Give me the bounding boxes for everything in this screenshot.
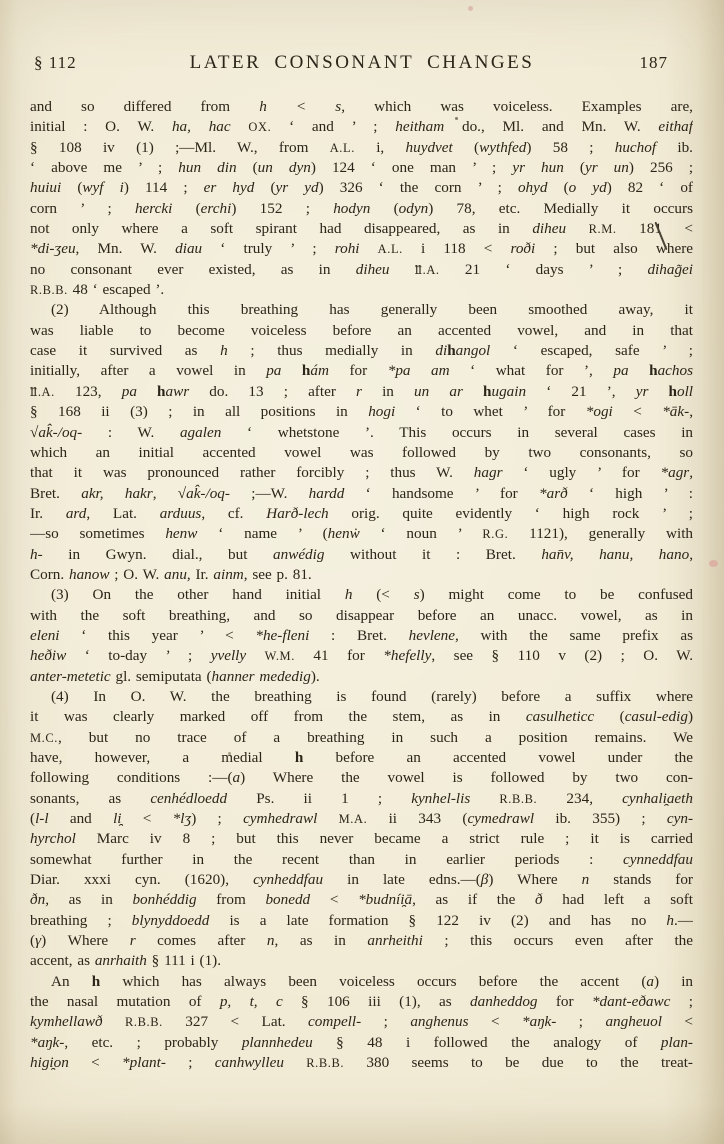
text-run: a xyxy=(233,769,241,786)
text-run xyxy=(566,220,589,237)
text-run: ) 58 ; xyxy=(526,139,614,156)
text-run: ) 114 ; xyxy=(124,179,204,196)
text-line: Ir. ard, Lat. arduus, cf. Harð-lech orig… xyxy=(30,504,693,524)
page-body: and so differed from h < s, which was vo… xyxy=(30,97,693,1074)
text-run: ) ; xyxy=(191,810,243,827)
text-run: in late edns.—( xyxy=(323,871,481,888)
text-run: ha, hac xyxy=(172,118,231,135)
text-run: dihag̃ei xyxy=(647,261,693,278)
text-run: : Bret. xyxy=(309,627,408,644)
text-run: ) 82 ‘ of xyxy=(607,179,693,196)
text-run: rohi xyxy=(335,240,360,257)
text-line: R.B.B. 48 ‘ escaped ’. xyxy=(30,280,693,300)
text-run: ( xyxy=(61,179,82,196)
text-run: ( xyxy=(453,139,479,156)
text-run: agalen xyxy=(180,424,221,441)
text-line: it was clearly marked off from the stem,… xyxy=(30,707,693,727)
text-run: compell- xyxy=(308,1013,361,1030)
text-line: § 108 iv (1) ;—Ml. W., from A.L. i, huyd… xyxy=(30,138,693,158)
text-run: § 106 iii (1), as xyxy=(283,993,470,1010)
text-run: , see p. 81. xyxy=(244,566,312,583)
text-run: pa xyxy=(266,362,281,379)
paragraph: (2) Although this breathing has generall… xyxy=(30,300,693,585)
text-run: wyf i xyxy=(82,179,123,196)
text-run: ( xyxy=(594,708,625,725)
text-run: plan- xyxy=(661,1034,693,1051)
text-line: accent, as anrhaith § 111 i (1). xyxy=(30,951,693,971)
text-run: , √ xyxy=(153,485,186,502)
text-run: , as in xyxy=(45,891,132,908)
text-run: do. 13 ; after xyxy=(189,383,356,400)
text-run: ( xyxy=(172,200,200,217)
text-run: A.L. xyxy=(378,242,403,256)
text-run: < xyxy=(469,1013,522,1030)
text-run: in Gwyn. dial., but xyxy=(43,546,273,563)
text-run: hardd xyxy=(309,485,345,502)
text-run: cynhali̯aeth xyxy=(622,790,693,807)
text-run: for xyxy=(538,993,592,1010)
text-run: ; xyxy=(166,1054,215,1071)
text-run: ; but also where xyxy=(535,240,693,257)
text-run: blynyddoedd xyxy=(132,912,210,929)
text-run: and xyxy=(49,810,114,827)
text-line: corn ’ ; hercki (erchi) 152 ; hodyn (ody… xyxy=(30,199,693,219)
text-run: h xyxy=(669,383,677,400)
text-line: breathing ; blynyddoedd is a late format… xyxy=(30,911,693,931)
text-run: ) 326 ‘ the corn ’ ; xyxy=(319,179,518,196)
text-line: Bret. akr, hakr, √ak̂-/oq- ;—W. hardd ‘ … xyxy=(30,484,693,504)
text-line: with the soft breathing, and so disappea… xyxy=(30,606,693,626)
text-run: akr, hakr xyxy=(81,485,152,502)
text-run: ard xyxy=(66,505,87,522)
text-run: casulheticc xyxy=(526,708,594,725)
text-line: ỻ.A. 123, pa hawr do. 13 ; after r in un… xyxy=(30,382,693,402)
text-run: *dant-eðawc xyxy=(592,993,670,1010)
text-run: ( xyxy=(254,179,275,196)
text-run: henw xyxy=(165,525,197,542)
text-run: had left a soft xyxy=(543,891,693,908)
text-line: following conditions :—(a) Where the vow… xyxy=(30,768,693,788)
text-run: no consonant ever existed, as in xyxy=(30,261,356,278)
text-run: *he-fleni xyxy=(255,627,309,644)
text-run: , xyxy=(689,546,693,563)
text-run: 123, xyxy=(55,383,122,400)
text-run: accent, as xyxy=(30,952,95,969)
text-run xyxy=(246,647,265,664)
text-run: it was clearly marked off from the stem,… xyxy=(30,708,526,725)
text-run: , etc. ; probably xyxy=(64,1034,242,1051)
text-run: *pa am xyxy=(388,362,450,379)
text-run: < xyxy=(613,403,662,420)
text-line: no consonant ever existed, as in diheu ỻ… xyxy=(30,260,693,280)
text-line: (3) On the other hand initial h (< s) mi… xyxy=(30,585,693,605)
text-run: yr xyxy=(636,383,649,400)
text-run: before an accented vowel under the xyxy=(303,749,693,766)
text-run: ‘ to-day ’ ; xyxy=(66,647,210,664)
text-run: ðn xyxy=(30,891,45,908)
text-run: which an initial accented vowel was foll… xyxy=(30,444,693,461)
text-run: < xyxy=(662,1013,693,1030)
text-run: ) 124 ‘ one man ’ ; xyxy=(311,159,513,176)
text-run: in xyxy=(362,383,414,400)
text-run: hun din xyxy=(178,159,236,176)
text-run: huchof xyxy=(615,139,656,156)
text-run: *budníi̯ā xyxy=(358,891,412,908)
text-run: Ir. xyxy=(30,505,66,522)
text-run: h- xyxy=(30,546,43,563)
text-run: not only where a soft spirant had disapp… xyxy=(30,220,532,237)
text-run: bonhéddig xyxy=(132,891,196,908)
text-run: have, however, a medial xyxy=(30,749,295,766)
text-run: ; xyxy=(361,1013,410,1030)
text-run: *hefelly xyxy=(383,647,431,664)
text-run: hercki xyxy=(135,200,172,217)
text-run: odyn xyxy=(399,200,429,217)
text-run xyxy=(629,362,650,379)
text-run: ak̂-/oq- xyxy=(38,424,82,441)
text-run: Diar. xxxi cyn. (1620), xyxy=(30,871,253,888)
text-run: hyrchol xyxy=(30,830,76,847)
text-run: *āk- xyxy=(662,403,689,420)
text-run: higi̯on xyxy=(30,1054,69,1071)
text-run: sonants, as xyxy=(30,790,150,807)
text-run: pa xyxy=(122,383,137,400)
text-run: han̄v, hanu, hano xyxy=(541,546,689,563)
text-run: 181 < xyxy=(617,220,693,237)
text-run: : W. xyxy=(82,424,180,441)
text-run: ‘ whetstone ’. This occurs in several ca… xyxy=(221,424,693,441)
text-run: danheddog xyxy=(470,993,538,1010)
text-run: § 108 iv (1) ;—Ml. W., from xyxy=(30,139,330,156)
text-run: An xyxy=(51,973,92,990)
text-run xyxy=(231,118,249,135)
text-run: wythfed xyxy=(479,139,526,156)
text-run: ‘ name ’ ( xyxy=(197,525,327,542)
text-run: A.L. xyxy=(330,141,355,155)
text-run: (2) Although this breathing has generall… xyxy=(51,301,693,318)
text-run: a xyxy=(646,973,654,990)
text-run: h < s xyxy=(259,98,341,115)
text-line: the nasal mutation of p, t, c § 106 iii … xyxy=(30,992,693,1012)
text-run: h xyxy=(447,342,455,359)
text-run: ‘ high ’ : xyxy=(568,485,693,502)
text-run: hogi xyxy=(368,403,395,420)
text-run: huiui xyxy=(30,179,61,196)
text-run: cynneddfau xyxy=(623,851,693,868)
text-run: anrhaith xyxy=(95,952,147,969)
text-run: M.C. xyxy=(30,731,58,745)
text-run: initial : O. W. xyxy=(30,118,172,135)
text-run: OX. xyxy=(248,120,271,134)
text-run: initially, after a vowel in xyxy=(30,362,266,379)
text-run: diheu xyxy=(532,220,566,237)
text-run: M.A. xyxy=(339,812,368,826)
text-run: ) 152 ; xyxy=(231,200,333,217)
text-run: Bret. xyxy=(30,485,81,502)
text-run: ‘ to whet ’ for xyxy=(395,403,586,420)
text-run: (< xyxy=(352,586,413,603)
text-run: stands for xyxy=(589,871,693,888)
text-run: p, t, c xyxy=(220,993,283,1010)
text-run: kynhel-lis xyxy=(411,790,470,807)
text-run: corn ’ ; xyxy=(30,200,135,217)
text-run: do., Ml. and Mn. W. xyxy=(444,118,658,135)
text-run: the nasal mutation of xyxy=(30,993,220,1010)
text-run: , which was voiceless. Examples are, xyxy=(341,98,693,115)
text-run: angheuol xyxy=(605,1013,662,1030)
text-run: Harð-lech xyxy=(266,505,328,522)
text-line: not only where a soft spirant had disapp… xyxy=(30,219,693,239)
text-run: < xyxy=(122,810,173,827)
text-run: *di-ʒeu xyxy=(30,240,76,257)
text-run xyxy=(284,1054,306,1071)
text-run: ‘ above me ’ ; xyxy=(30,159,178,176)
text-run xyxy=(648,383,668,400)
text-run: ohyd xyxy=(518,179,548,196)
text-run xyxy=(390,261,415,278)
text-run: and so differed from xyxy=(30,98,259,115)
text-run: ) Where the vowel is followed by two con… xyxy=(240,769,693,786)
text-run: arduus xyxy=(160,505,202,522)
text-run: canhwylleu xyxy=(215,1054,284,1071)
text-run: *lʒ xyxy=(173,810,192,827)
text-line: h- in Gwyn. dial., but anwédig without i… xyxy=(30,545,693,565)
text-run: h xyxy=(92,973,100,990)
text-run: h xyxy=(220,342,228,359)
text-run: cymhedrawl xyxy=(243,810,317,827)
text-run: li̯ xyxy=(113,810,121,827)
text-run: R.B.B. xyxy=(499,792,537,806)
text-run: ( xyxy=(237,159,258,176)
text-run: 1121), generally with xyxy=(508,525,693,542)
text-line: kymhellawð R.B.B. 327 < Lat. compell- ; … xyxy=(30,1012,693,1032)
page-title: LATER CONSONANT CHANGES xyxy=(184,52,540,74)
text-run: yr un xyxy=(585,159,629,176)
text-run: § 111 i (1). xyxy=(147,952,221,969)
text-line: ðn, as in bonhéddig from bonedd < *budní… xyxy=(30,890,693,910)
text-run: Ps. ii 1 ; xyxy=(227,790,411,807)
text-run: ) might come to be confused xyxy=(420,586,693,603)
text-run: , as in xyxy=(275,932,368,949)
text-run: oll xyxy=(677,383,693,400)
text-run: ‘ what for ’, xyxy=(450,362,614,379)
text-run: < xyxy=(69,1054,122,1071)
text-run: —so sometimes xyxy=(30,525,165,542)
text-run: plannhedeu xyxy=(242,1034,313,1051)
text-run: ) Where xyxy=(488,871,581,888)
text-run: diau xyxy=(175,240,202,257)
text-run: (4) In O. W. the breathing is found (rar… xyxy=(51,688,693,705)
text-run: henẇ xyxy=(328,525,360,542)
text-run: ) xyxy=(688,708,693,725)
text-run: ii 343 ( xyxy=(367,810,467,827)
text-run: Corn. xyxy=(30,566,69,583)
text-line: was liable to become voiceless before an… xyxy=(30,321,693,341)
text-run: ib. 355) ; xyxy=(534,810,667,827)
text-line: anter-metetic gl. semiputata (hanner med… xyxy=(30,667,693,687)
text-run: , cf. xyxy=(201,505,266,522)
text-line: Diar. xxxi cyn. (1620), cynheddfau in la… xyxy=(30,870,693,890)
text-line: (l-l and li̯ < *lʒ) ; cymhedrawl M.A. ii… xyxy=(30,809,693,829)
section-number: § 112 xyxy=(34,53,184,73)
text-run: R.G. xyxy=(482,527,508,541)
text-run: following conditions :—( xyxy=(30,769,233,786)
text-run: h xyxy=(666,912,674,929)
text-run: without it : Bret. xyxy=(324,546,541,563)
text-run: ;—W. xyxy=(230,485,309,502)
text-line: sonants, as cenhédloedd Ps. ii 1 ; kynhe… xyxy=(30,789,693,809)
text-run: orig. quite evidently ‘ high rock ’ ; xyxy=(329,505,693,522)
text-run: h xyxy=(649,362,657,379)
text-run: ‘ truly ’ ; xyxy=(202,240,335,257)
text-run: W.M. xyxy=(265,649,295,663)
text-run: roði xyxy=(510,240,535,257)
text-run: Marc iv 8 ; but this never became a stri… xyxy=(76,830,693,847)
text-run: ‘ this year ’ < xyxy=(60,627,256,644)
text-run: § 168 ii (3) ; in all positions in xyxy=(30,403,368,420)
text-run: ( xyxy=(564,159,585,176)
text-run: 21 ‘ days ’ ; xyxy=(440,261,648,278)
text-run: bonedd xyxy=(265,891,310,908)
text-line: (γ) Where r comes after n, as in anrheit… xyxy=(30,931,693,951)
text-run: kymhellawð xyxy=(30,1013,103,1030)
text-run: , see § 110 v (2) ; O. W. xyxy=(431,647,693,664)
text-run: n xyxy=(267,932,275,949)
text-line: have, however, a medial h before an acce… xyxy=(30,748,693,768)
text-line: —so sometimes henw ‘ name ’ (henẇ ‘ noun… xyxy=(30,524,693,544)
text-run: R.B.B. xyxy=(125,1015,163,1029)
text-line: eleni ‘ this year ’ < *he-fleni : Bret. … xyxy=(30,626,693,646)
text-run: eleni xyxy=(30,627,60,644)
text-run: R.M. xyxy=(589,222,617,236)
text-run: hagr xyxy=(474,464,503,481)
text-run: hanner mededig xyxy=(212,668,311,685)
text-run: , but no trace of a breathing in such a … xyxy=(58,729,693,746)
text-run: (3) On the other hand initial xyxy=(51,586,345,603)
text-run: anrheithi xyxy=(367,932,422,949)
text-line: √ak̂-/oq- : W. agalen ‘ whetstone ’. Thi… xyxy=(30,423,693,443)
text-run: h xyxy=(157,383,165,400)
text-run: erchi xyxy=(201,200,232,217)
text-run: er hyd xyxy=(204,179,255,196)
text-run: *plant- xyxy=(122,1054,166,1071)
scan-speck xyxy=(468,6,473,11)
text-run: ỻ.A. xyxy=(415,263,440,277)
text-run: ib. xyxy=(656,139,693,156)
text-run: hanow xyxy=(69,566,110,583)
text-run: ) 78, etc. Medially it occurs xyxy=(428,200,693,217)
text-run: ( xyxy=(547,179,568,196)
text-run: ‘ noun ’ xyxy=(360,525,483,542)
paragraph: and so differed from h < s, which was vo… xyxy=(30,97,693,300)
text-run: , Mn. W. xyxy=(76,240,176,257)
text-run: comes after xyxy=(136,932,267,949)
text-line: (4) In O. W. the breathing is found (rar… xyxy=(30,687,693,707)
text-run: cynheddfau xyxy=(253,871,323,888)
text-line: (2) Although this breathing has generall… xyxy=(30,300,693,320)
text-run: § 48 i followed the analogy of xyxy=(313,1034,661,1051)
text-run: *arð xyxy=(539,485,568,502)
text-run: R.B.B. xyxy=(30,283,68,297)
text-run: 41 for xyxy=(295,647,383,664)
text-line: *di-ʒeu, Mn. W. diau ‘ truly ’ ; rohi A.… xyxy=(30,239,693,259)
text-run: di xyxy=(435,342,447,359)
text-run: < xyxy=(310,891,358,908)
text-run: ‘ escaped, safe ’ ; xyxy=(490,342,693,359)
text-run: which has always been voiceless occurs b… xyxy=(100,973,646,990)
text-run: eithaf xyxy=(658,118,693,135)
text-run: , Lat. xyxy=(86,505,159,522)
text-run: yvelly xyxy=(211,647,246,664)
paragraph: (3) On the other hand initial h (< s) mi… xyxy=(30,585,693,687)
text-run: hodyn xyxy=(333,200,370,217)
text-run: cymedrawl xyxy=(467,810,534,827)
text-run: .— xyxy=(674,912,693,929)
text-run: ) 256 ; xyxy=(629,159,693,176)
text-run: heðiw xyxy=(30,647,66,664)
text-run: somewhat further in the recent than in e… xyxy=(30,851,623,868)
text-line: and so differed from h < s, which was vo… xyxy=(30,97,693,117)
text-run: *agr xyxy=(661,464,690,481)
text-run: , xyxy=(689,403,693,420)
text-run: angol xyxy=(456,342,491,359)
text-run: achos xyxy=(658,362,693,379)
text-run: *ogi xyxy=(586,403,613,420)
text-run: ; O. W. xyxy=(109,566,164,583)
text-run: hevlene xyxy=(409,627,455,644)
text-run: with the soft breathing, and so disappea… xyxy=(30,607,693,624)
text-run: un ar xyxy=(414,383,463,400)
text-run xyxy=(470,790,499,807)
text-line: somewhat further in the recent than in e… xyxy=(30,850,693,870)
text-line: hyrchol Marc iv 8 ; but this never becam… xyxy=(30,829,693,849)
text-run: gl. semiputata ( xyxy=(111,668,212,685)
text-run: ‘ ugly ’ for xyxy=(502,464,660,481)
text-run xyxy=(281,362,302,379)
text-line: An h which has always been voiceless occ… xyxy=(30,972,693,992)
text-run: anter-metetic xyxy=(30,668,111,685)
text-line: M.C., but no trace of a breathing in suc… xyxy=(30,728,693,748)
text-run: yr yd xyxy=(276,179,319,196)
text-line: huiui (wyf i) 114 ; er hyd (yr yd) 326 ‘… xyxy=(30,178,693,198)
text-run: *aŋk- xyxy=(522,1013,556,1030)
text-line: ‘ above me ’ ; hun din (un dyn) 124 ‘ on… xyxy=(30,158,693,178)
text-line: higi̯on < *plant- ; canhwylleu R.B.B. 38… xyxy=(30,1053,693,1073)
text-line: case it survived as h ; thus medially in… xyxy=(30,341,693,361)
page-number: 187 xyxy=(540,53,690,73)
text-run: ‘ and ’ ; xyxy=(271,118,395,135)
text-run: un dyn xyxy=(258,159,311,176)
text-run: ð xyxy=(535,891,543,908)
text-run: heitham xyxy=(395,118,444,135)
text-run: ak̂-/oq- xyxy=(186,485,230,502)
text-line: *aŋk-, etc. ; probably plannhedeu § 48 i… xyxy=(30,1033,693,1053)
text-run: ‘ handsome ’ for xyxy=(344,485,539,502)
text-run: from xyxy=(197,891,266,908)
text-run: ( xyxy=(370,200,398,217)
text-run: 234, xyxy=(537,790,622,807)
text-line: heðiw ‘ to-day ’ ; yvelly W.M. 41 for *h… xyxy=(30,646,693,666)
text-run: ugain xyxy=(491,383,526,400)
page-header: § 112 LATER CONSONANT CHANGES 187 xyxy=(34,52,690,78)
text-run: i 118 < xyxy=(403,240,511,257)
text-run: anu xyxy=(164,566,187,583)
text-run: i, xyxy=(355,139,406,156)
text-run xyxy=(463,383,483,400)
text-run: , xyxy=(689,464,693,481)
text-line: which an initial accented vowel was foll… xyxy=(30,443,693,463)
text-run: anwédig xyxy=(273,546,324,563)
